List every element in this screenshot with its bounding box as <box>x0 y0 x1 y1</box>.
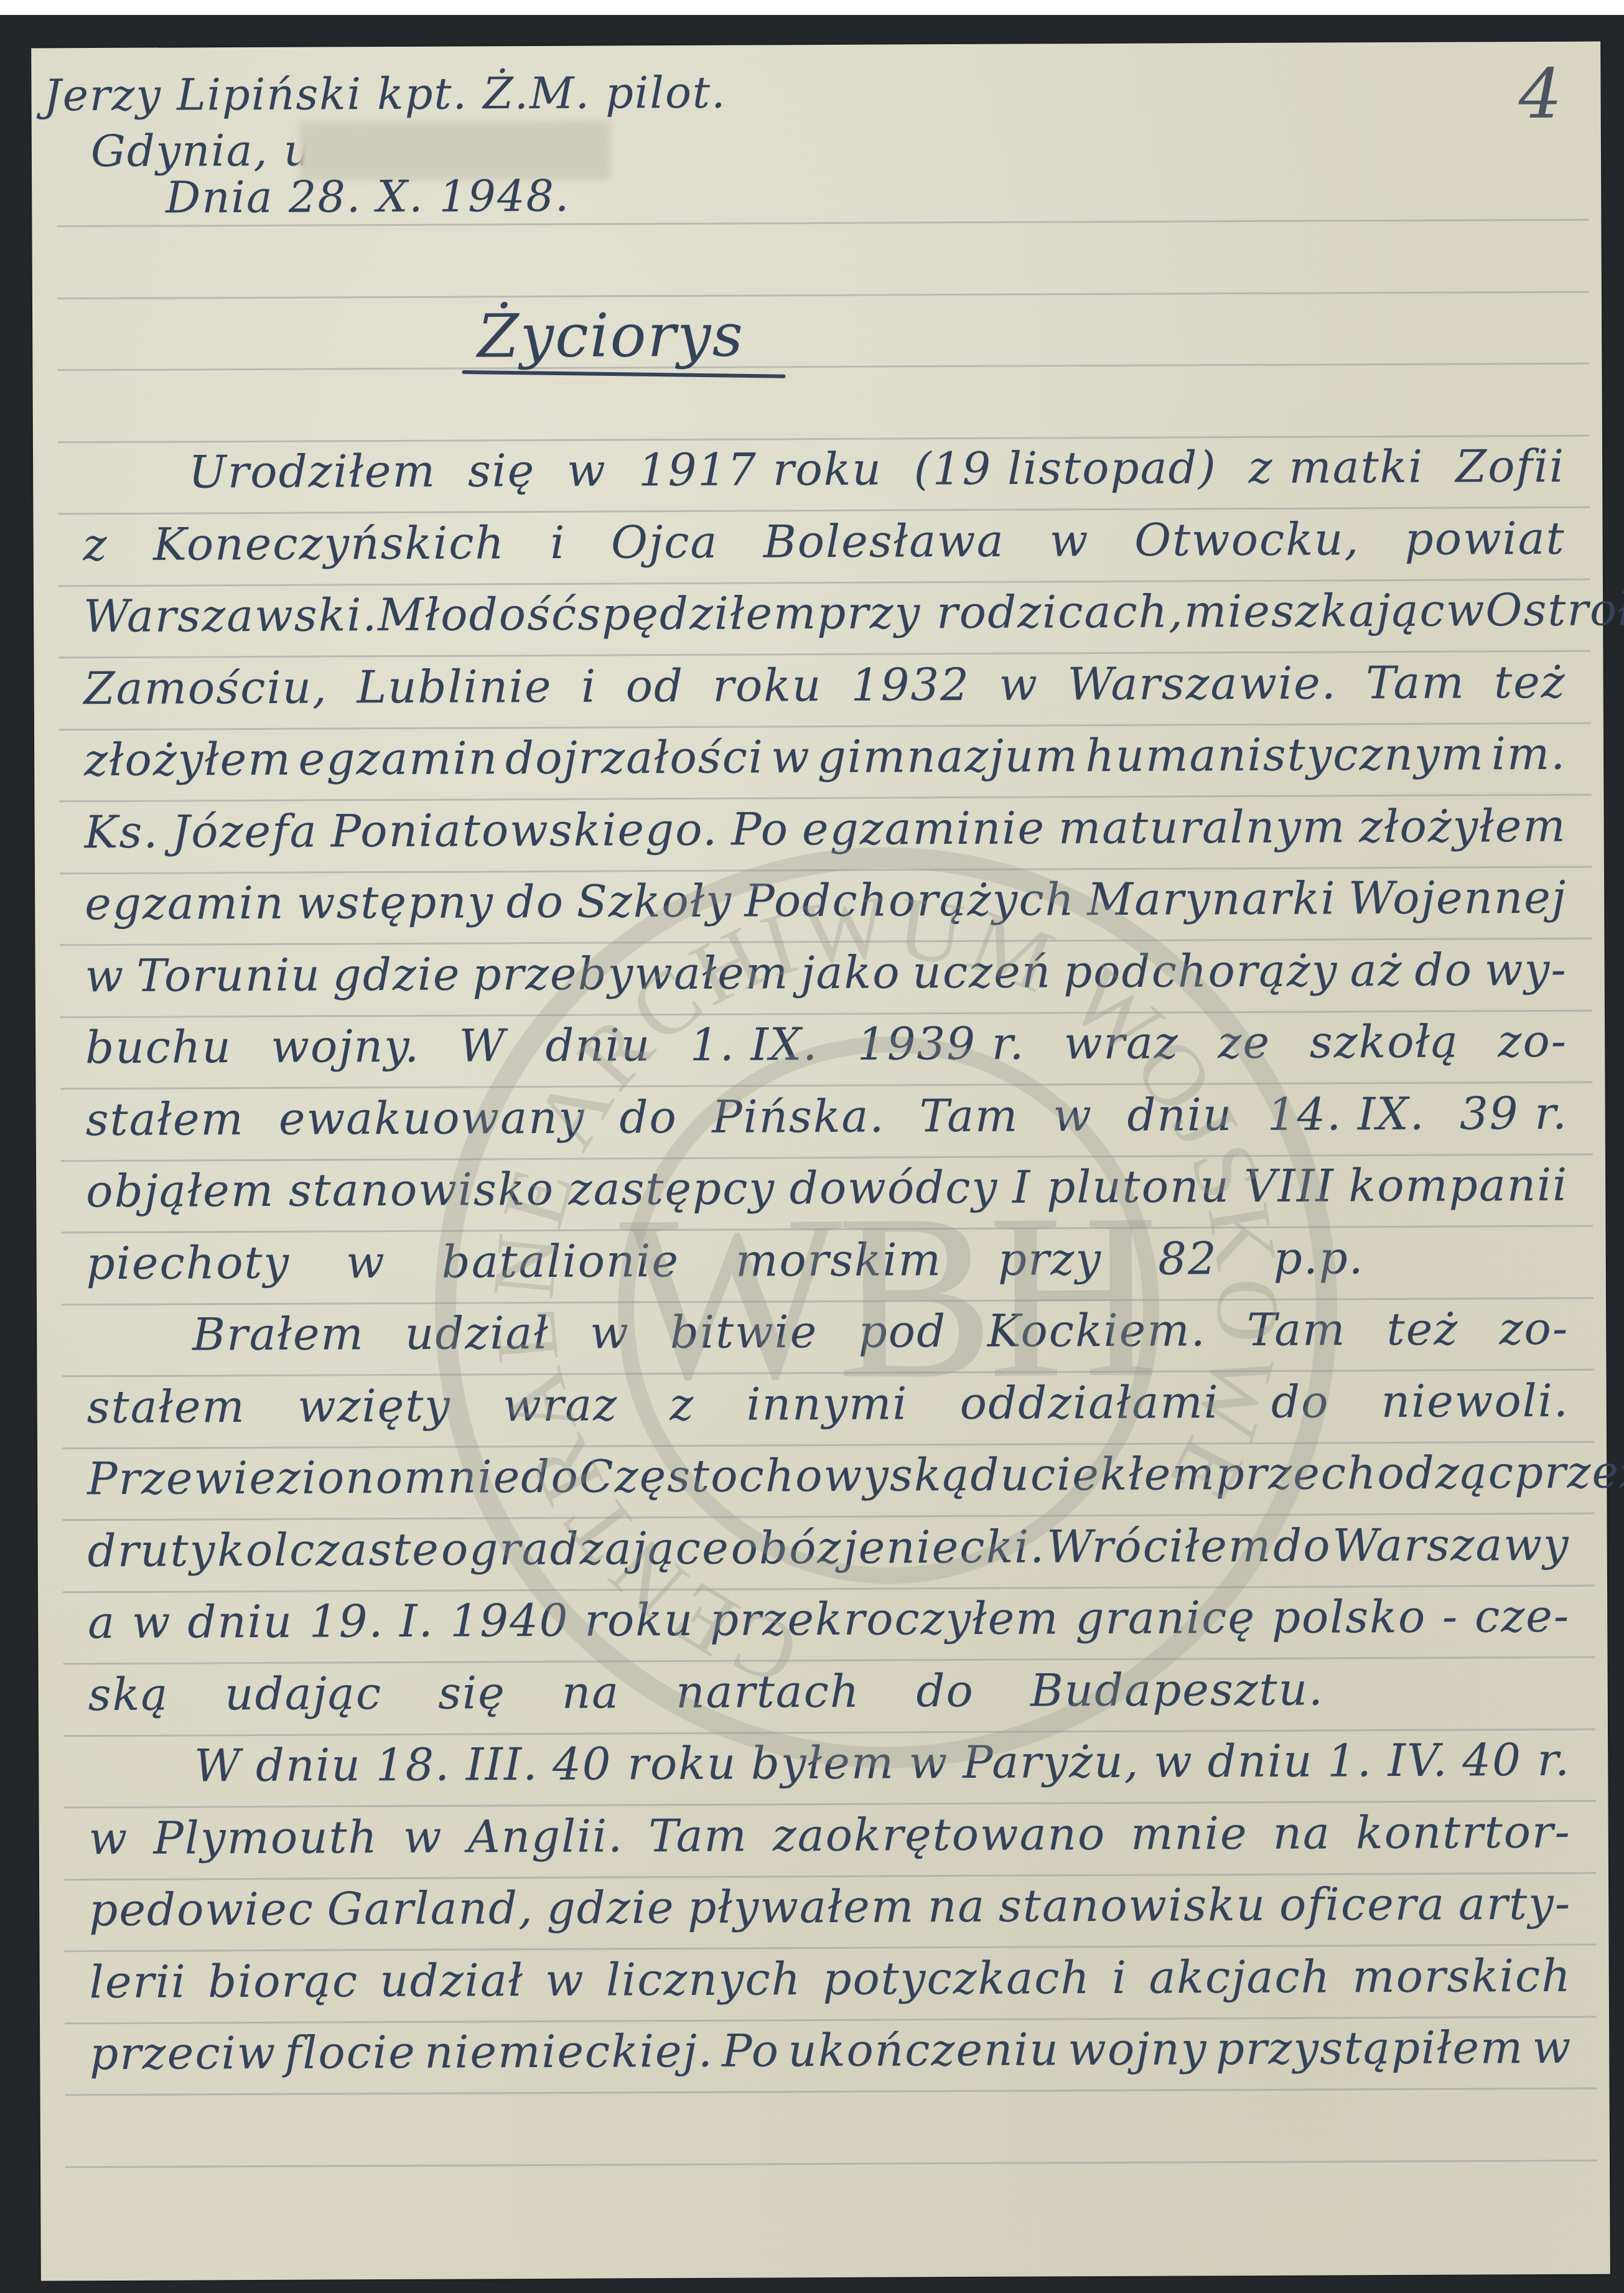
handwritten-word: Ostrołęce, <box>1485 583 1624 637</box>
handwritten-word: humanistycznym <box>1085 727 1485 782</box>
handwritten-word: Zofii <box>1455 440 1565 493</box>
handwritten-word: ewakuowany <box>279 1091 585 1144</box>
handwritten-word: przekroczyłem <box>710 1592 1060 1645</box>
handwritten-word: Koneczyńskich <box>153 516 505 570</box>
handwritten-word: ze <box>1218 1016 1271 1068</box>
handwritten-word: VIII <box>1244 1159 1335 1212</box>
body-line: Wdniu18. III.40 rokubyłemwParyżu,wdniu1.… <box>39 1733 1608 1792</box>
handwritten-word: w <box>567 444 607 496</box>
handwritten-word: buchu <box>85 1020 232 1073</box>
handwritten-word: Warszawski. <box>83 589 378 642</box>
handwritten-word: lerii <box>90 1955 187 2008</box>
handwritten-word: powiat <box>1404 511 1565 564</box>
body-line: awdniu19. I.1940 rokuprzekroczyłemgranic… <box>38 1589 1607 1648</box>
handwritten-word: szkołą <box>1309 1016 1459 1068</box>
handwritten-word: ukończeniu <box>788 2023 1060 2076</box>
handwritten-word: pływałem <box>688 1880 915 1933</box>
handwritten-word: im. <box>1491 727 1567 780</box>
handwritten-word: obóz <box>730 1521 842 1574</box>
handwritten-word: dniu <box>1127 1088 1233 1141</box>
handwritten-word: Tam <box>1247 1303 1346 1356</box>
handwritten-word: bitwie <box>670 1305 818 1358</box>
handwritten-word: 1917 roku <box>638 443 882 497</box>
handwritten-word: stanowisku <box>999 1879 1267 1932</box>
handwritten-word: 1. IV. <box>1327 1734 1449 1787</box>
handwritten-word: w <box>89 1811 129 1864</box>
handwritten-word: biorąc <box>208 1954 359 2007</box>
handwritten-word: przechodząc <box>1215 1446 1514 1500</box>
handwritten-word: w <box>999 658 1038 710</box>
handwritten-word: w <box>545 1953 585 2006</box>
handwritten-word: w <box>346 1236 386 1288</box>
handwritten-word: i <box>581 660 597 712</box>
handwritten-word: 18. III. <box>375 1738 538 1791</box>
handwritten-word: objąłem <box>86 1164 274 1217</box>
handwritten-word: Poniatowskiego. <box>331 803 719 857</box>
handwritten-word: 39 r. <box>1460 1086 1568 1139</box>
handwritten-word: kolczaste <box>217 1523 440 1576</box>
author-name-rank: Jerzy Lipiński kpt. Ż.M. pilot. <box>44 67 726 121</box>
handwritten-word: Garland, <box>327 1882 534 1935</box>
ruled-line <box>57 291 1589 299</box>
handwritten-word: w <box>85 949 125 1001</box>
handwritten-word: wzięty <box>297 1379 451 1432</box>
body-line: buchuwojny.Wdniu1. IX.1939 r.wrazzeszkoł… <box>35 1015 1605 1074</box>
handwritten-word: kompanii <box>1348 1159 1568 1212</box>
handwritten-word: mnie <box>1131 1807 1248 1860</box>
body-line: BrałemudziałwbitwiepodKockiem.Tamteżzo- <box>37 1302 1606 1361</box>
handwritten-word: gdzie <box>546 1881 674 1934</box>
handwritten-word: arty- <box>1458 1877 1572 1930</box>
handwritten-word: roku <box>712 658 822 711</box>
body-line: stałemwziętywrazzinnymioddziałamidoniewo… <box>37 1374 1607 1433</box>
handwritten-word: aż <box>1350 943 1402 996</box>
handwritten-word: Lublinie <box>357 660 553 712</box>
body-line: Zamościu,Lublinieiodroku1932wWarszawie.T… <box>34 655 1603 714</box>
handwritten-word: w <box>1532 2021 1572 2073</box>
title-underline <box>462 370 785 378</box>
handwritten-word: udział <box>405 1307 549 1360</box>
handwritten-word: do <box>506 876 564 928</box>
ruled-line <box>65 2088 1597 2096</box>
handwritten-word: jako <box>801 946 901 999</box>
handwritten-word: Wojennej <box>1348 871 1567 925</box>
handwritten-word: akcjach <box>1149 1950 1331 2003</box>
handwritten-word: kontrtor- <box>1356 1805 1571 1859</box>
handwritten-word: byłem <box>751 1736 895 1789</box>
handwritten-word: w <box>771 731 811 783</box>
handwritten-word: Warszawy <box>1332 1518 1570 1571</box>
handwritten-word: Młodość <box>378 588 577 641</box>
handwritten-word: w <box>403 1810 443 1862</box>
handwritten-word: 1. IX. <box>690 1018 819 1071</box>
body-line: stałemewakuowanydoPińska.Tamwdniu14. IX.… <box>36 1086 1605 1146</box>
handwritten-word: do <box>521 1450 579 1503</box>
handwritten-word: Otwocku, <box>1134 513 1360 566</box>
handwritten-word: 1932 <box>851 658 971 711</box>
handwritten-word: przez <box>1514 1445 1624 1498</box>
handwritten-word: innymi <box>746 1377 908 1430</box>
handwritten-word: Tam <box>648 1809 748 1862</box>
handwritten-word: udział <box>380 1954 524 2007</box>
handwritten-word: i <box>550 516 566 568</box>
handwritten-word: granicę <box>1075 1591 1256 1644</box>
handwritten-word: egzaminie <box>802 801 1045 855</box>
handwritten-word: maturalnym <box>1058 800 1346 854</box>
handwritten-word: wojny <box>1068 2022 1208 2075</box>
handwritten-word: dniu <box>1207 1735 1313 1788</box>
handwritten-word: się <box>468 444 536 497</box>
handwritten-word: złożyłem <box>84 733 292 786</box>
handwritten-word: Brałem <box>192 1307 365 1360</box>
handwritten-word: do <box>1273 1519 1332 1571</box>
handwritten-word: od <box>625 659 684 711</box>
handwritten-word: stałem <box>86 1093 245 1146</box>
handwritten-word: Zamościu, <box>83 661 328 714</box>
handwritten-word: na <box>562 1666 620 1718</box>
handwritten-word: 40 r. <box>1462 1734 1570 1786</box>
handwritten-word: Tam <box>919 1089 1019 1142</box>
handwritten-word: do <box>619 1091 678 1143</box>
handwritten-word: flocie <box>284 2026 416 2079</box>
handwritten-word: i <box>1112 1951 1127 2003</box>
handwritten-word: Ks. <box>84 805 159 858</box>
handwritten-word: druty <box>88 1524 217 1577</box>
handwritten-word: złożyłem <box>1359 799 1567 852</box>
handwritten-word: przy <box>998 1233 1102 1286</box>
handwritten-word: W <box>459 1019 506 1072</box>
handwritten-word: z <box>83 518 108 570</box>
handwritten-word: nartach <box>676 1665 861 1717</box>
handwritten-word: morskim <box>735 1233 942 1286</box>
handwritten-word: dowódcy <box>790 1161 999 1214</box>
body-line: skąudającsięnanartachdoBudapesztu. <box>39 1661 1608 1721</box>
handwritten-word: stałem <box>87 1380 246 1433</box>
handwritten-word: egzamin <box>299 732 499 785</box>
handwritten-word: podchorąży <box>1063 944 1338 997</box>
handwritten-word: w <box>1053 1089 1093 1141</box>
handwritten-word: się <box>438 1666 506 1719</box>
handwritten-word: spędziłem <box>577 587 817 640</box>
body-line: wToruniugdzieprzebywałemjakouczeńpodchor… <box>35 943 1605 1002</box>
body-line: egzaminwstępnydoSzkołyPodchorążychMaryna… <box>35 871 1604 930</box>
handwritten-word: wy- <box>1485 943 1567 996</box>
handwritten-word: w <box>590 1306 630 1358</box>
document-page: Jerzy Lipiński kpt. Ż.M. pilot. Gdynia, … <box>31 42 1610 2281</box>
handwritten-word: Budapesztu. <box>1030 1663 1324 1716</box>
handwritten-word: na <box>1272 1806 1331 1859</box>
handwritten-word: jeniecki. <box>843 1520 1045 1573</box>
handwritten-word: pod <box>858 1305 946 1358</box>
handwritten-word: Kockiem. <box>987 1304 1206 1357</box>
body-line: wPlymouthwAnglii.Tamzaokrętowanomnienako… <box>39 1805 1608 1864</box>
handwritten-word: Urodziłem <box>189 445 436 498</box>
document-date: Dnia 28. X. 1948. <box>166 170 570 223</box>
body-line: Warszawski.Młodośćspędziłemprzy rodzicac… <box>34 584 1603 643</box>
handwritten-word: piechoty <box>86 1236 291 1289</box>
handwritten-word: też <box>1494 655 1566 708</box>
handwritten-word: wstępny <box>297 876 495 928</box>
handwritten-word: Plymouth <box>153 1811 378 1864</box>
handwritten-word: Paryżu, <box>963 1735 1140 1788</box>
handwritten-word: 1940 roku <box>450 1594 694 1647</box>
handwritten-word: Szkoły <box>576 875 732 928</box>
handwritten-word: Po <box>731 803 789 855</box>
handwritten-word: do <box>1271 1375 1330 1427</box>
handwritten-word: niewoli. <box>1381 1374 1569 1427</box>
handwritten-word: 1939 r. <box>857 1017 1025 1070</box>
handwritten-word: morskich <box>1352 1949 1572 2002</box>
handwritten-word: Pińska. <box>712 1090 885 1142</box>
handwritten-word: dojrzałości <box>505 731 764 784</box>
handwritten-word: w <box>1154 1735 1193 1787</box>
handwritten-word: do <box>1414 943 1473 996</box>
page-number: 4 <box>1518 54 1564 134</box>
handwritten-word: przebywałem <box>472 946 789 1000</box>
handwritten-word: stanowisko <box>289 1163 554 1217</box>
body-line: zKoneczyńskichiOjcaBolesławawOtwocku,pow… <box>33 511 1602 571</box>
handwritten-word: egzamin <box>85 877 285 930</box>
handwritten-word: (19 listopad) <box>913 441 1216 495</box>
handwritten-word: 14. IX. <box>1267 1087 1425 1140</box>
handwritten-word: Marynarki <box>1087 872 1336 925</box>
handwritten-word: dniu <box>545 1019 651 1072</box>
handwritten-word: w <box>1050 514 1090 566</box>
handwritten-word: w <box>1446 584 1486 636</box>
body-line: objąłemstanowiskozastępcydowódcyI pluton… <box>36 1158 1605 1217</box>
handwritten-word: Ojca <box>611 515 719 568</box>
handwritten-word: zaokrętowano <box>773 1808 1106 1861</box>
handwritten-word: ską <box>88 1668 169 1721</box>
body-line: przeciwflocieniemieckiej.Poukończeniuwoj… <box>40 2020 1609 2080</box>
handwritten-word: wojny. <box>271 1020 420 1073</box>
handwritten-word: 40 roku <box>553 1737 737 1790</box>
handwritten-word: gdzie <box>333 948 461 1001</box>
handwritten-word: z <box>670 1378 694 1430</box>
handwritten-word: na <box>928 1880 986 1932</box>
handwritten-word: I plutonu <box>1012 1160 1230 1213</box>
handwritten-word: zastępcy <box>568 1162 775 1215</box>
handwritten-word: W <box>194 1739 241 1791</box>
handwritten-word: Warszawie. <box>1067 656 1337 710</box>
handwritten-word: dniu <box>256 1739 362 1791</box>
handwritten-word: Tam <box>1366 656 1465 709</box>
handwritten-word: gimnazjum <box>818 729 1079 783</box>
handwritten-word: wraz <box>1064 1016 1179 1069</box>
handwritten-word: w <box>908 1736 948 1788</box>
handwritten-word: - <box>1442 1590 1459 1643</box>
handwritten-word: mnie <box>404 1450 521 1503</box>
handwritten-word: do <box>916 1664 974 1716</box>
body-line: PrzewiezionomniedoCzęstochowyskąduciekłe… <box>37 1445 1607 1505</box>
handwritten-word: zo- <box>1499 1302 1569 1355</box>
handwritten-word: niemieckiej. <box>424 2025 714 2078</box>
handwritten-word: z matki <box>1248 441 1424 493</box>
handwritten-word: a <box>88 1596 116 1648</box>
handwritten-word: zo- <box>1498 1015 1567 1067</box>
handwritten-word: skąd <box>890 1449 1001 1501</box>
handwritten-word: pedowiec <box>89 1883 314 1936</box>
body-line: drutykolczasteogradzająceobózjeniecki.Wr… <box>38 1518 1607 1577</box>
body-line: Ks.JózefaPoniatowskiego.Poegzaminiematur… <box>34 799 1603 858</box>
body-line: piechotywbatalioniemorskimprzy82p.p. <box>37 1230 1606 1289</box>
body-line: złożyłemegzamindojrzałościwgimnazjumhuma… <box>34 727 1603 787</box>
handwritten-word: Przewieziono <box>87 1451 404 1505</box>
handwritten-word: 19. I. <box>309 1595 434 1648</box>
handwritten-word: potyczkach <box>823 1951 1091 2005</box>
ruled-line <box>57 363 1589 371</box>
handwritten-word: przeciw <box>90 2027 276 2080</box>
handwritten-word: Józefa <box>172 805 318 857</box>
handwritten-word: uczeń <box>912 945 1052 998</box>
handwritten-word: w <box>132 1596 172 1648</box>
handwritten-word: mieszkając <box>1184 584 1446 638</box>
handwritten-word: dniu <box>187 1595 293 1648</box>
handwritten-word: oddziałami <box>960 1376 1220 1429</box>
ruled-line <box>65 2159 1597 2168</box>
handwritten-word: Podchorążych <box>744 873 1075 927</box>
handwritten-word: p.p. <box>1274 1231 1365 1284</box>
handwritten-word: Wróciłem <box>1047 1519 1272 1572</box>
handwritten-word: licznych <box>606 1953 801 2006</box>
handwritten-word: przy rodzicach, <box>817 585 1184 639</box>
body-line: leriibiorącudziałwlicznychpotyczkachiakc… <box>40 1949 1609 2008</box>
handwritten-word: oficera <box>1279 1878 1446 1931</box>
body-line: Urodziłemsięw1917 roku(19 listopad)z mat… <box>33 440 1602 499</box>
handwritten-word: uciekłem <box>1000 1447 1216 1501</box>
body-line: pedowiecGarland,gdziepływałemnastanowisk… <box>39 1877 1608 1936</box>
handwritten-word: Anglii. <box>467 1810 623 1862</box>
handwritten-word: udając <box>225 1667 382 1720</box>
handwritten-word: polsko <box>1272 1590 1427 1643</box>
handwritten-word: Po <box>722 2024 780 2076</box>
handwritten-word: Toruniu <box>136 948 321 1001</box>
handwritten-word: Bolesława <box>763 514 1005 567</box>
handwritten-word: Częstochowy <box>579 1449 890 1503</box>
handwritten-word: 82 <box>1158 1232 1218 1284</box>
handwritten-word: też <box>1387 1303 1459 1356</box>
handwritten-word: batalionie <box>442 1234 680 1287</box>
handwritten-word: ogradzające <box>441 1521 730 1575</box>
document-title: Życiorys <box>477 301 744 371</box>
handwritten-word: wraz <box>503 1378 618 1431</box>
handwritten-word: cze- <box>1475 1590 1570 1643</box>
handwritten-word: przystąpiłem <box>1216 2021 1524 2075</box>
